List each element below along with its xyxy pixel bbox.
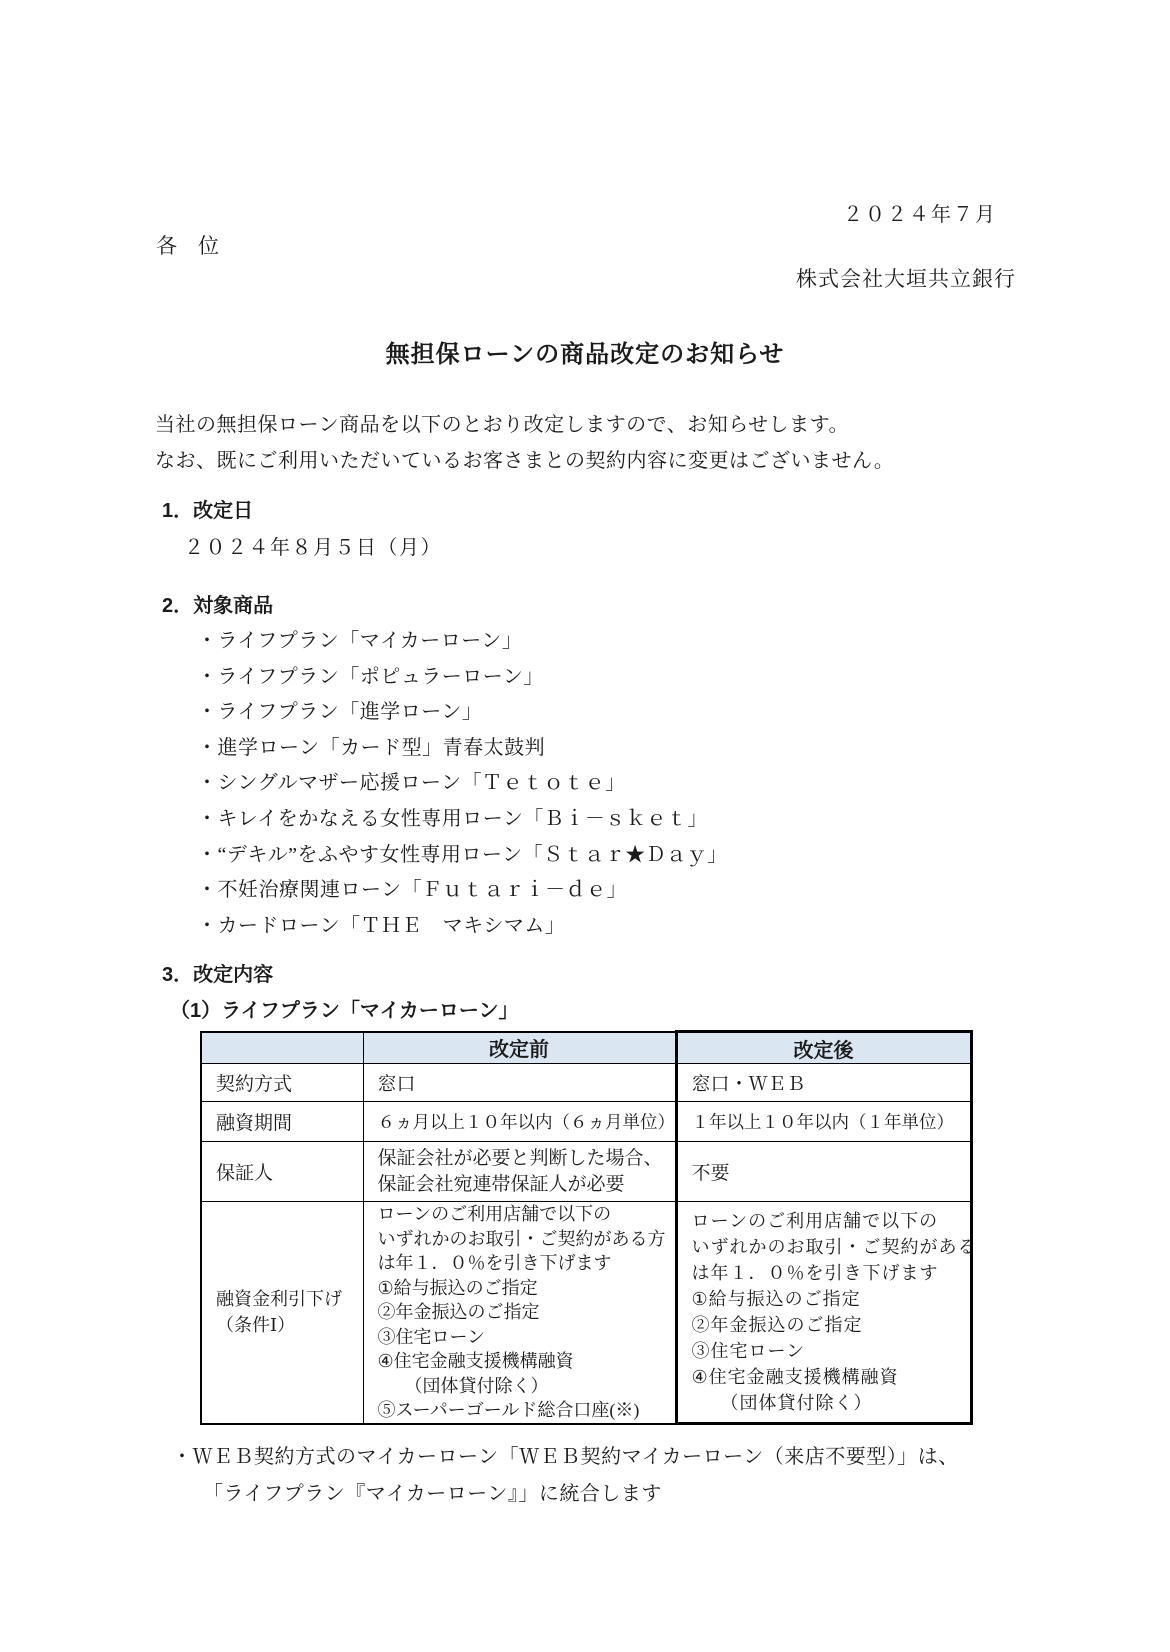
note-line-1: ・ＷＥＢ契約方式のマイカーローン「ＷＥＢ契約マイカーローン（来店不要型）」は、 xyxy=(172,1440,959,1469)
cell-after: 不要 xyxy=(676,1142,971,1202)
product-list-item: ・“デキル”をふやす女性専用ローン「Ｓｔａｒ★Ｄａｙ」 xyxy=(197,838,728,874)
column-header-before: 改定前 xyxy=(363,1032,676,1064)
intro-line-1: 当社の無担保ローン商品を以下のとおり改定しますので、お知らせします。 xyxy=(155,408,849,437)
table-row-loan-period: 融資期間 ６ヵ月以上１０年以内（６ヵ月単位） １年以上１０年以内（１年単位） xyxy=(201,1102,971,1142)
section1-heading: 1．改定日 xyxy=(162,494,253,523)
cell-after: １年以上１０年以内（１年単位） xyxy=(676,1102,971,1142)
product-list-item: ・進学ローン「カード型」青春太鼓判 xyxy=(197,731,728,767)
product-list-item: ・不妊治療関連ローン「Ｆｕｔａｒｉ－ｄｅ」 xyxy=(197,873,728,909)
product-list-item: ・ライフプラン「ポピュラーローン」 xyxy=(197,660,728,696)
table-row-rate-discount: 融資金利引下げ （条件Ⅰ） ローンのご利用店舗で以下の いずれかのお取引・ご契約… xyxy=(201,1202,971,1424)
section2-heading: 2．対象商品 xyxy=(162,589,273,618)
column-header-after: 改定後 xyxy=(676,1032,971,1064)
document-page: ２０２４年７月 各 位 株式会社大垣共立銀行 無担保ローンの商品改定のお知らせ … xyxy=(0,0,1170,1652)
row-label: 保証人 xyxy=(201,1142,363,1202)
row-label: 契約方式 xyxy=(201,1064,363,1102)
intro-line-2: なお、既にご利用いただいているお客さまとの契約内容に変更はございません。 xyxy=(155,444,894,473)
product-list-item: ・ライフプラン「マイカーローン」 xyxy=(197,624,728,660)
table-row-guarantor: 保証人 保証会社が必要と判断した場合、 保証会社宛連帯保証人が必要 不要 xyxy=(201,1142,971,1202)
product-list-item: ・シングルマザー応援ローン「Ｔｅｔｏｔｅ」 xyxy=(197,766,728,802)
product-list-item: ・ライフプラン「進学ローン」 xyxy=(197,695,728,731)
section3-heading: 3．改定内容 xyxy=(162,958,273,987)
note-line-2: 「ライフプラン『マイカーローン』」に統合します xyxy=(203,1477,662,1506)
recipient-line: 各 位 xyxy=(156,230,219,260)
revision-date: ２０２４年８月５日（月） xyxy=(184,531,442,560)
table-header-row: 改定前 改定後 xyxy=(201,1032,971,1064)
cell-before: ６ヵ月以上１０年以内（６ヵ月単位） xyxy=(363,1102,676,1142)
document-date: ２０２４年７月 xyxy=(843,198,997,227)
product-list-item: ・キレイをかなえる女性専用ローン「Ｂｉ－ｓｋｅｔ」 xyxy=(197,802,728,838)
cell-before: ローンのご利用店舗で以下の いずれかのお取引・ご契約がある方 は年１．０％を引き… xyxy=(363,1202,676,1424)
comparison-table: 改定前 改定後 契約方式 窓口 窓口・ＷＥＢ 融資期間 ６ヵ月以上１０年以内（６… xyxy=(200,1030,973,1425)
cell-after: 窓口・ＷＥＢ xyxy=(676,1064,971,1102)
row-label: 融資期間 xyxy=(201,1102,363,1142)
table-corner-cell xyxy=(201,1032,363,1064)
cell-after: ローンのご利用店舗で以下の いずれかのお取引・ご契約がある方 は年１．０％を引き… xyxy=(676,1202,971,1424)
company-name: 株式会社大垣共立銀行 xyxy=(796,263,1016,293)
product-list-item: ・カードローン「ＴＨＥ マキシマム」 xyxy=(197,909,728,945)
product-list: ・ライフプラン「マイカーローン」 ・ライフプラン「ポピュラーローン」 ・ライフプ… xyxy=(197,624,728,944)
cell-before: 窓口 xyxy=(363,1064,676,1102)
cell-before: 保証会社が必要と判断した場合、 保証会社宛連帯保証人が必要 xyxy=(363,1142,676,1202)
row-label: 融資金利引下げ （条件Ⅰ） xyxy=(201,1202,363,1424)
table-row-contract-method: 契約方式 窓口 窓口・ＷＥＢ xyxy=(201,1064,971,1102)
document-title: 無担保ローンの商品改定のお知らせ xyxy=(0,334,1170,369)
section3-subheading: （1）ライフプラン「マイカーローン」 xyxy=(170,994,519,1023)
